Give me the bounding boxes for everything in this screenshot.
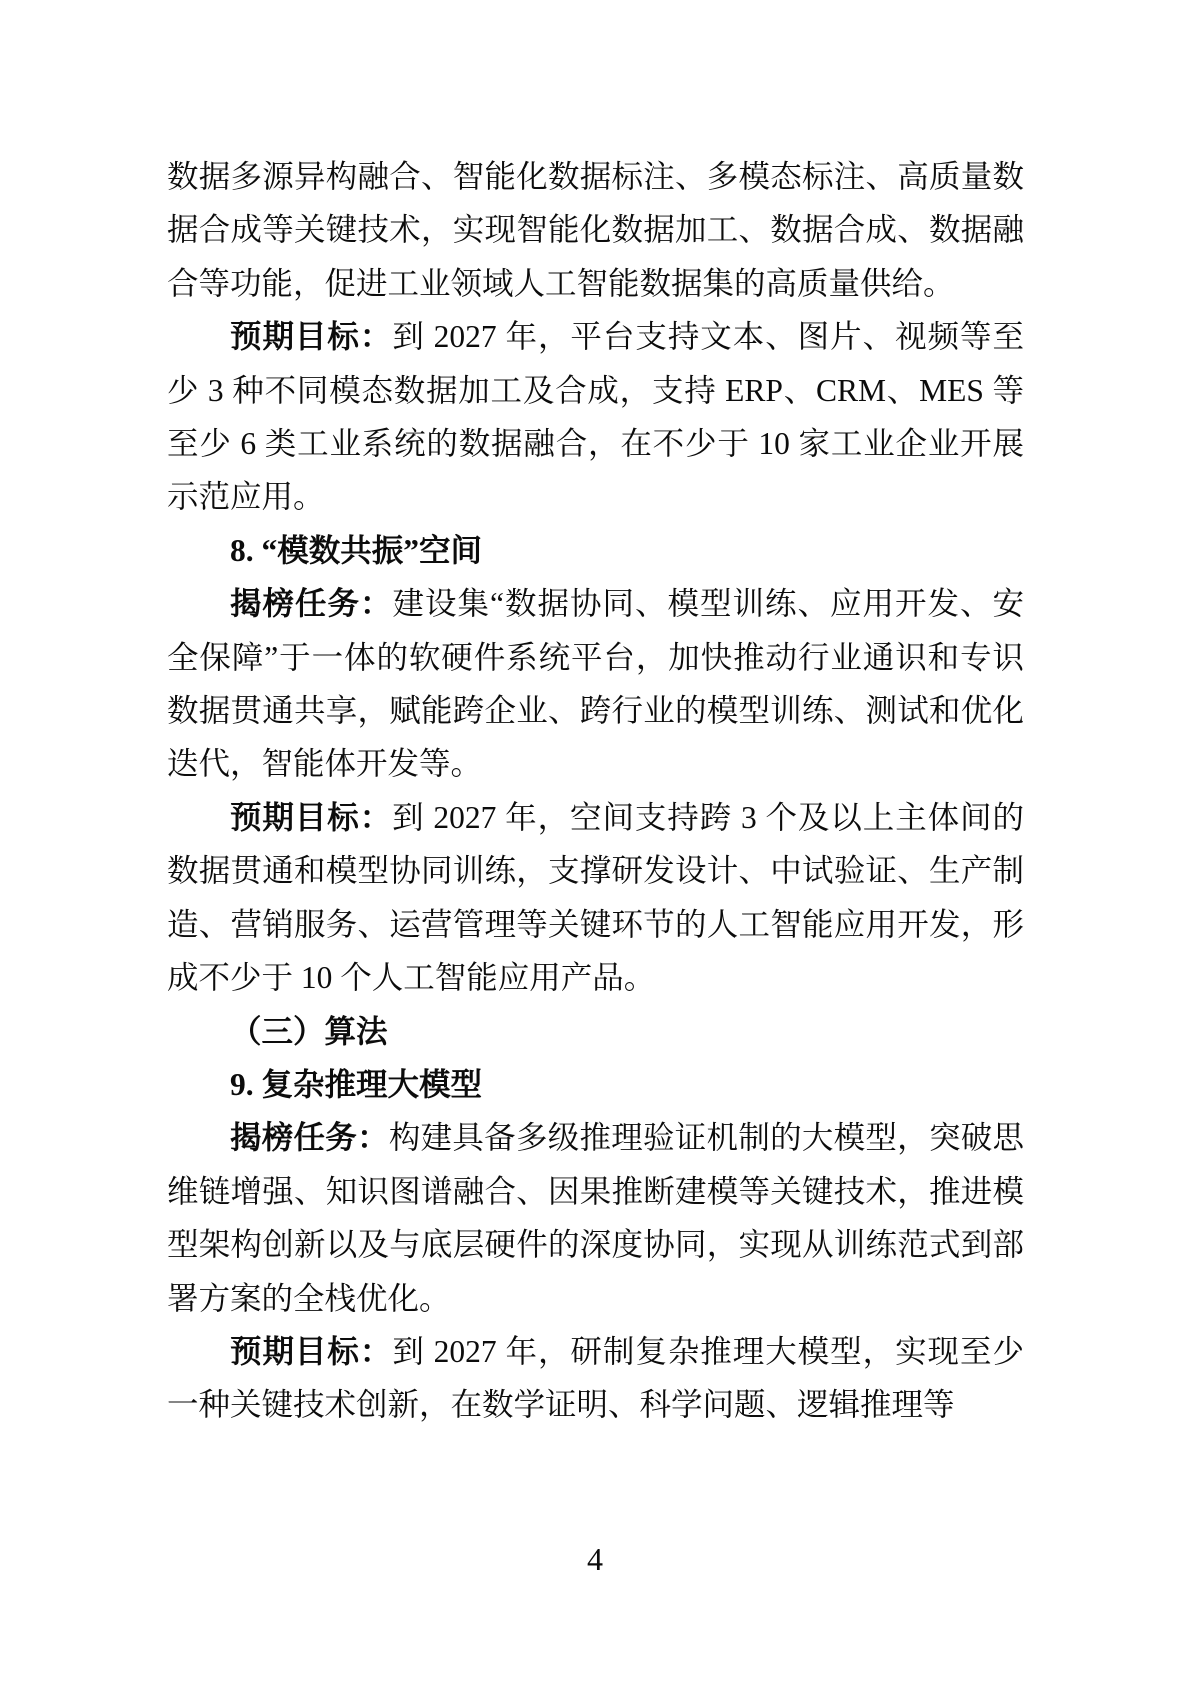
paragraph-lead: 揭榜任务：	[230, 1120, 389, 1155]
paragraph-expected-goal-8: 预期目标：到 2027 年，空间支持跨 3 个及以上主体间的数据贯通和模型协同训…	[167, 791, 1024, 1005]
section-heading-task-9: 9. 复杂推理大模型	[167, 1058, 1024, 1111]
section-heading-task-8: 8. “模数共振”空间	[167, 524, 1024, 577]
page-number: 4	[0, 1542, 1190, 1576]
document-body: 数据多源异构融合、智能化数据标注、多模态标注、高质量数据合成等关键技术，实现智能…	[167, 150, 1024, 1432]
paragraph-continuation: 数据多源异构融合、智能化数据标注、多模态标注、高质量数据合成等关键技术，实现智能…	[167, 150, 1024, 310]
paragraph-task-description-9: 揭榜任务：构建具备多级推理验证机制的大模型，突破思维链增强、知识图谱融合、因果推…	[167, 1111, 1024, 1325]
paragraph-expected-goal-1: 预期目标：到 2027 年，平台支持文本、图片、视频等至少 3 种不同模态数据加…	[167, 310, 1024, 524]
paragraph-lead: 预期目标：	[230, 319, 392, 354]
paragraph-lead: 预期目标：	[230, 1334, 392, 1369]
paragraph-lead: 预期目标：	[230, 800, 392, 835]
paragraph-expected-goal-9: 预期目标：到 2027 年，研制复杂推理大模型，实现至少一种关键技术创新，在数学…	[167, 1325, 1024, 1432]
paragraph-task-description-8: 揭榜任务：建设集“数据协同、模型训练、应用开发、安全保障”于一体的软硬件系统平台…	[167, 577, 1024, 791]
paragraph-lead: 揭榜任务：	[230, 586, 393, 621]
section-heading-three-algorithm: （三）算法	[167, 1005, 1024, 1058]
